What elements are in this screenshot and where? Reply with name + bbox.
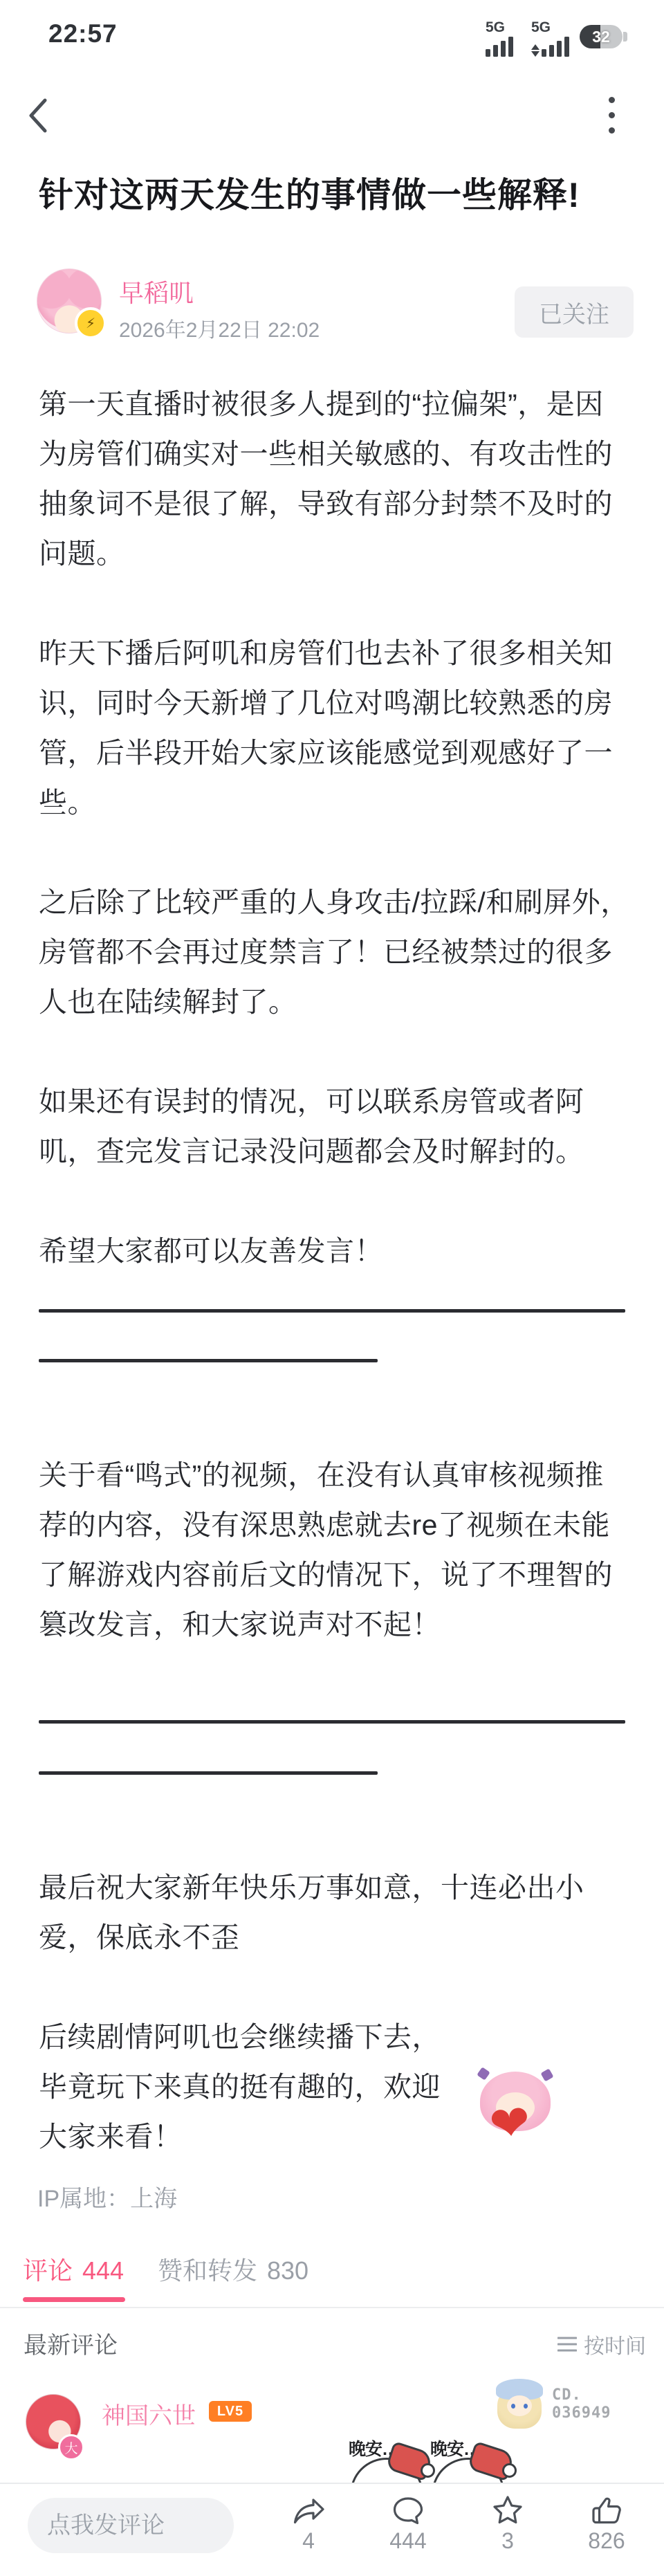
signal-5g-icon: 5G xyxy=(486,21,516,57)
like-button[interactable]: 826 xyxy=(571,2494,643,2554)
text-divider-line xyxy=(39,1309,625,1313)
tab-likes-shares-count: 830 xyxy=(267,2256,308,2285)
cd-card-number: 036949 xyxy=(552,2405,611,2422)
commenter-name[interactable]: 神国六世 xyxy=(102,2397,196,2431)
post-title: 针对这两天发生的事情做一些解释! xyxy=(39,173,634,217)
battery-icon: 32 xyxy=(580,25,622,48)
post-paragraph: 如果还有误封的情况，可以联系房管或者阿叽，查完发言记录没问题都会及时解封的。 xyxy=(39,1077,631,1176)
live-lightning-icon: ⚡ xyxy=(75,307,107,339)
post-paragraph: 后续剧情阿叽也会继续播下去，毕竟玩下来真的挺有趣的，欢迎大家来看！ xyxy=(39,2012,468,2162)
back-button[interactable] xyxy=(24,95,55,136)
sort-label: 按时间 xyxy=(584,2329,646,2359)
heart-hug-emote-icon: ❤ xyxy=(474,2069,556,2156)
favorite-count: 3 xyxy=(472,2528,544,2554)
post-date: 2026年2月22日 22:02 xyxy=(119,313,320,343)
cd-card-sticker xyxy=(496,2379,543,2430)
tab-likes-shares-label: 赞和转发 xyxy=(158,2256,257,2285)
favorite-button[interactable]: 3 xyxy=(472,2494,544,2554)
text-divider-line xyxy=(39,1720,625,1724)
post-paragraph: 希望大家都可以友善发言！ xyxy=(39,1226,631,1276)
comment-bubble-icon xyxy=(391,2494,425,2527)
thumbs-up-icon xyxy=(590,2494,623,2527)
text-divider-line xyxy=(39,1359,378,1362)
star-icon xyxy=(491,2494,524,2527)
tab-comments-label: 评论 xyxy=(23,2256,73,2285)
fan-badge: 大 xyxy=(58,2434,84,2460)
cd-card-text: CD. xyxy=(552,2387,582,2404)
post-paragraph: 关于看“鸣式”的视频，在没有认真审核视频推荐的内容，没有深思熟虑就去re了视频在… xyxy=(39,1450,631,1650)
share-count: 4 xyxy=(273,2528,344,2554)
level-badge: LV5 xyxy=(209,2401,252,2422)
goodnight-sticker: 晚安…… xyxy=(349,2436,426,2485)
share-button[interactable]: 4 xyxy=(273,2494,344,2554)
signal-bars-icon xyxy=(531,37,572,57)
tab-comments[interactable]: 评论444 xyxy=(23,2251,124,2287)
data-transfer-arrows-icon xyxy=(531,44,539,57)
battery-nub xyxy=(623,32,627,42)
comments-header-title: 最新评论 xyxy=(24,2326,118,2360)
share-icon xyxy=(292,2494,325,2527)
comment-input[interactable]: 点我发评论 xyxy=(28,2498,234,2553)
post-paragraph: 昨天下播后阿叽和房管们也去补了很多相关知识，同时今天新增了几位对鸣潮比较熟悉的房… xyxy=(39,628,631,828)
comment-input-placeholder: 点我发评论 xyxy=(28,2498,234,2553)
more-menu-button[interactable] xyxy=(605,97,618,138)
post-paragraph: 第一天直播时被很多人提到的“拉偏架”，是因为房管们确实对一些相关敏感的、有攻击性… xyxy=(39,379,631,578)
followed-button[interactable]: 已关注 xyxy=(515,286,634,338)
back-chevron-icon xyxy=(24,95,55,136)
text-divider-line xyxy=(39,1771,378,1775)
more-menu-icon xyxy=(609,97,615,103)
active-tab-underline xyxy=(23,2297,125,2302)
post-paragraph: 最后祝大家新年快乐万事如意，十连必出小爱，保底永不歪 xyxy=(39,1863,631,1962)
signal-5g-2-icon: 5G xyxy=(531,21,572,57)
post-paragraph: 之后除了比较严重的人身攻击/拉踩/和刷屏外，房管都不会再过度禁言了！已经被禁过的… xyxy=(39,877,631,1027)
sort-by-time-button[interactable]: 按时间 xyxy=(557,2329,646,2359)
battery-percent: 32 xyxy=(580,25,622,48)
network-type-label: 5G xyxy=(531,21,572,35)
network-type-label: 5G xyxy=(486,21,516,35)
like-count: 826 xyxy=(571,2528,643,2554)
post-detail-screen: { "colors": { "accent_pink": "#f8577f", … xyxy=(0,0,664,2576)
bottom-action-bar: 点我发评论 4 444 3 826 xyxy=(0,2483,664,2576)
comment-count: 444 xyxy=(372,2528,444,2554)
status-time: 22:57 xyxy=(48,19,118,48)
section-divider xyxy=(0,2307,664,2308)
tab-likes-shares[interactable]: 赞和转发830 xyxy=(158,2251,308,2287)
signal-bars-icon xyxy=(486,37,516,57)
sort-icon xyxy=(557,2335,577,2353)
goodnight-sticker: 晚安…… xyxy=(430,2436,508,2485)
tab-comments-count: 444 xyxy=(82,2256,124,2285)
author-name[interactable]: 早稻叽 xyxy=(119,274,194,309)
comment-button[interactable]: 444 xyxy=(372,2494,444,2554)
ip-location: IP属地：上海 xyxy=(37,2180,177,2213)
